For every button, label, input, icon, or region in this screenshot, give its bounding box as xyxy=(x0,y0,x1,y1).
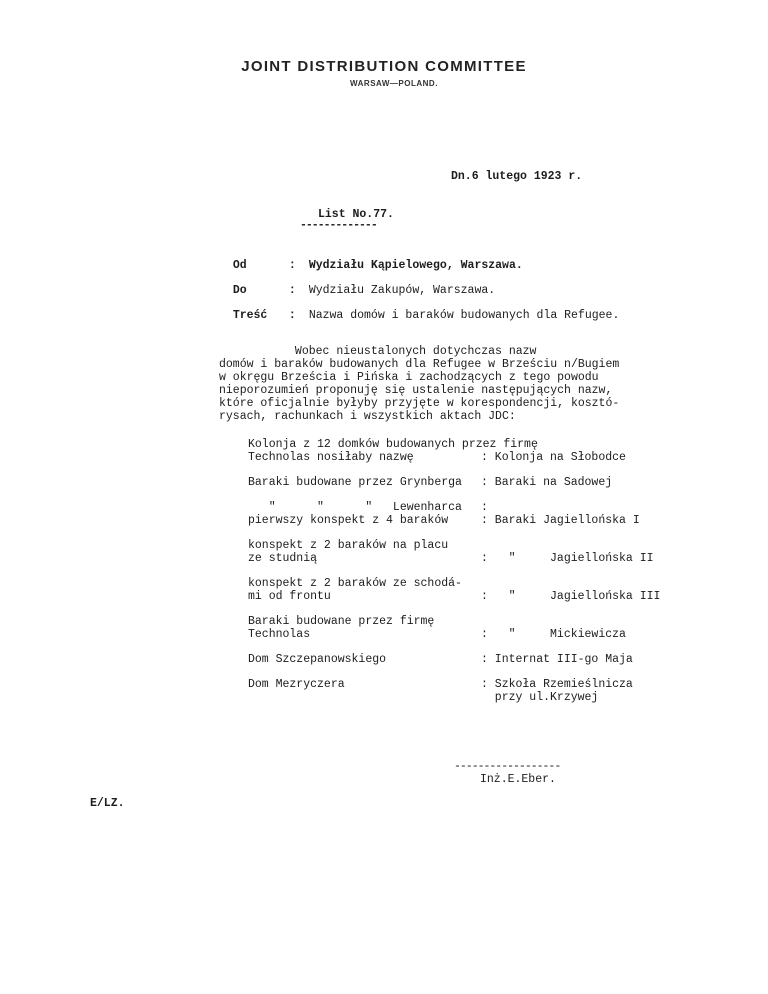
entry-description: Baraki budowane przez firmę xyxy=(248,615,678,628)
letterhead: JOINT DISTRIBUTION COMMITTEE WARSAW—POLA… xyxy=(0,58,768,88)
entry-name: : Internat III-go Maja xyxy=(481,653,633,666)
header-subject-label: Treść xyxy=(233,309,289,322)
header-subject-value: Nazwa domów i baraków budowanych dla Ref… xyxy=(309,309,620,322)
list-item: Dom Szczepanowskiego : Internat III-go M… xyxy=(248,653,678,666)
header-from: Od:Wydziału Kąpielowego, Warszawa. xyxy=(219,246,523,272)
naming-list: Kolonja z 12 domków budowanych przez fir… xyxy=(248,438,678,716)
entry-description: Kolonja z 12 domków budowanych przez fir… xyxy=(248,438,678,451)
list-item: konspekt z 2 baraków na placu ze studnią… xyxy=(248,539,678,565)
entry-name: : Baraki na Sadowej xyxy=(481,476,612,489)
header-subject-colon: : xyxy=(289,309,309,322)
entry-name: : " Jagiellońska II xyxy=(481,552,654,565)
entry-name: : " Jagiellońska III xyxy=(481,590,660,603)
body-line: w okręgu Brześcia i Pińska i zachodzącyc… xyxy=(219,371,679,384)
entry-name: : Kolonja na Słobodce xyxy=(481,451,626,464)
letter-date: Dn.6 lutego 1923 r. xyxy=(451,170,582,183)
entry-description: konspekt z 2 baraków na placu xyxy=(248,539,678,552)
header-to: Do:Wydziału Zakupów, Warszawa. xyxy=(219,271,495,297)
signature-line: ------------------ xyxy=(454,760,560,773)
entry-name: : Baraki Jagiellońska I xyxy=(481,514,640,527)
list-item: Dom Mezryczera : Szkoła Rzemieślnicza pr… xyxy=(248,678,678,704)
entry-name: : Szkoła Rzemieślnicza xyxy=(481,678,633,691)
body-paragraph: Wobec nieustalonych dotychczas nazw domó… xyxy=(219,345,679,423)
letterhead-title: JOINT DISTRIBUTION COMMITTEE xyxy=(0,58,768,75)
list-item: Baraki budowane przez Grynberga : Baraki… xyxy=(248,476,678,489)
header-subject: Treść:Nazwa domów i baraków budowanych d… xyxy=(219,296,619,322)
body-line: które oficjalnie byłyby przyjęte w kores… xyxy=(219,397,679,410)
letterhead-subtitle: WARSAW—POLAND. xyxy=(0,79,768,88)
list-item: " " " Lewenharca pierwszy konspekt z 4 b… xyxy=(248,501,678,527)
list-item: Kolonja z 12 domków budowanych przez fir… xyxy=(248,438,678,464)
body-line: nieporozumień proponuję się ustalenie na… xyxy=(219,384,679,397)
entry-description: Baraki budowane przez Grynberga xyxy=(248,476,678,489)
entry-name: : xyxy=(481,501,488,514)
entry-description: " " " Lewenharca xyxy=(248,501,678,514)
body-line: Wobec nieustalonych dotychczas nazw xyxy=(219,345,679,358)
body-line: rysach, rachunkach i wszystkich aktach J… xyxy=(219,410,679,423)
list-item: Baraki budowane przez firmę Technolas : … xyxy=(248,615,678,641)
letter-number-underline: ------------- xyxy=(300,219,377,232)
signature-block: ------------------ Inż.E.Eber. xyxy=(454,760,560,786)
reference-initials: E/LZ. xyxy=(90,797,125,810)
entry-description: konspekt z 2 baraków ze schodá- xyxy=(248,577,678,590)
entry-name: : " Mickiewicza xyxy=(481,628,626,641)
body-line: domów i baraków budowanych dla Refugee w… xyxy=(219,358,679,371)
entry-name: przy ul.Krzywej xyxy=(481,691,598,704)
signature-name: Inż.E.Eber. xyxy=(454,773,560,786)
list-item: konspekt z 2 baraków ze schodá- mi od fr… xyxy=(248,577,678,603)
